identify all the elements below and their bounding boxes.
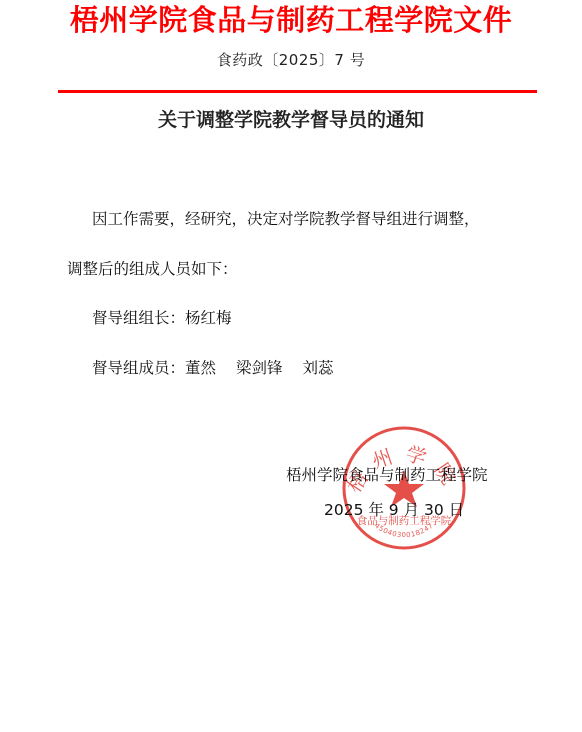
- official-seal-stamp: 梧州学院 食品与制药工程学院 4504030018247: [340, 424, 468, 552]
- document-header: 梧州学院食品与制药工程学院文件: [0, 2, 582, 38]
- red-divider: [58, 90, 537, 93]
- leader-name: 杨红梅: [185, 309, 232, 327]
- notice-title: 关于调整学院教学督导员的通知: [0, 106, 582, 134]
- document-number: 食药政〔2025〕7 号: [0, 50, 582, 70]
- body-paragraph-1: 因工作需要，经研究，决定对学院教学督导组进行调整，: [92, 208, 480, 230]
- body-paragraph-2: 调整后的组成人员如下：: [67, 258, 238, 280]
- leader-label: 督导组组长：: [92, 309, 185, 327]
- member-name: 梁剑锋: [236, 359, 283, 377]
- member-name: 董然: [185, 359, 216, 377]
- leader-line: 督导组组长：杨红梅: [92, 307, 232, 329]
- signature-date: 2025 年 9 月 30 日: [324, 499, 464, 521]
- members-label: 督导组成员：: [92, 359, 185, 377]
- signature-organization: 梧州学院食品与制药工程学院: [286, 464, 488, 486]
- members-line: 督导组成员：董然梁剑锋刘蕊: [92, 357, 334, 379]
- member-name: 刘蕊: [303, 359, 334, 377]
